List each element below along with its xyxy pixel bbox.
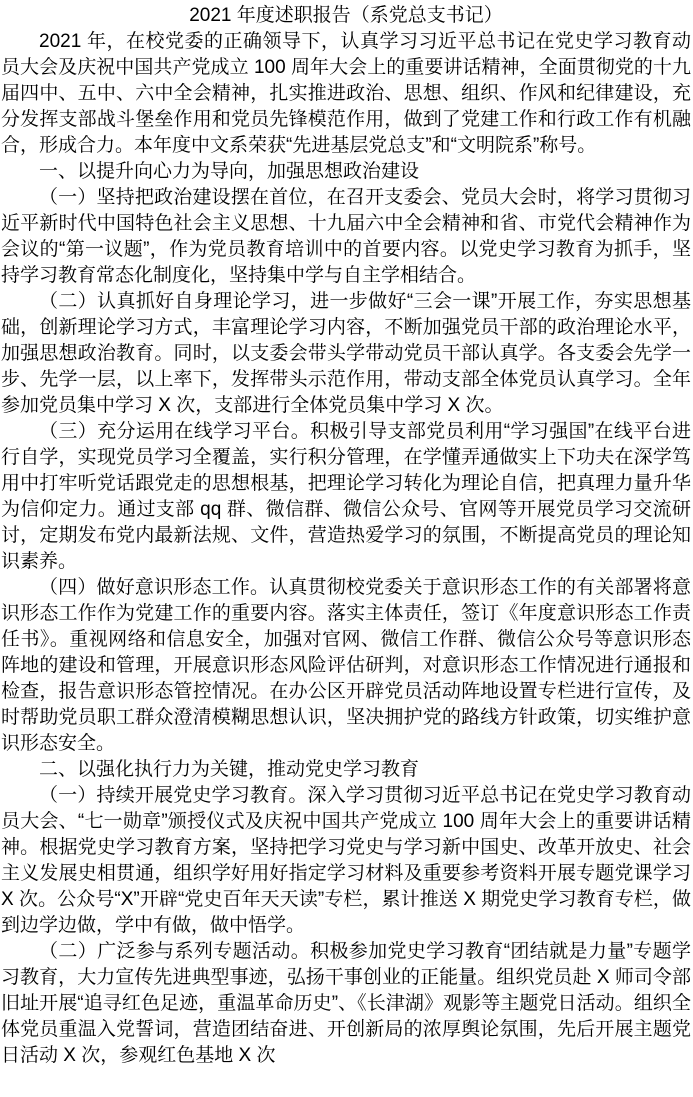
- paragraph-1-3: （三）充分运用在线学习平台。积极引导支部党员利用“学习强国”在线平台进行自学，实…: [1, 419, 691, 575]
- section-heading-1: 一、以提升向心力为导向，加强思想政治建设: [1, 159, 691, 185]
- paragraph-1-4: （四）做好意识形态工作。认真贯彻校党委关于意识形态工作的有关部署将意识形态工作作…: [1, 575, 691, 757]
- paragraph-1-1: （一）坚持把政治建设摆在首位，在召开支委会、党员大会时，将学习贯彻习近平新时代中…: [1, 185, 691, 289]
- document-page: 2021 年度述职报告（系党总支书记） 2021 年，在校党委的正确领导下，认真…: [0, 0, 693, 1097]
- document-title: 2021 年度述职报告（系党总支书记）: [1, 3, 691, 29]
- paragraph-1-2: （二）认真抓好自身理论学习，进一步做好“三会一课”开展工作，夯实思想基础，创新理…: [1, 289, 691, 419]
- intro-paragraph: 2021 年，在校党委的正确领导下，认真学习习近平总书记在党史学习教育动员大会及…: [1, 29, 691, 159]
- paragraph-2-1: （一）持续开展党史学习教育。深入学习贯彻习近平总书记在党史学习教育动员大会、“七…: [1, 783, 691, 939]
- paragraph-2-2: （二）广泛参与系列专题活动。积极参加党史学习教育“团结就是力量”专题学习教育，大…: [1, 939, 691, 1069]
- section-heading-2: 二、以强化执行力为关键，推动党史学习教育: [1, 757, 691, 783]
